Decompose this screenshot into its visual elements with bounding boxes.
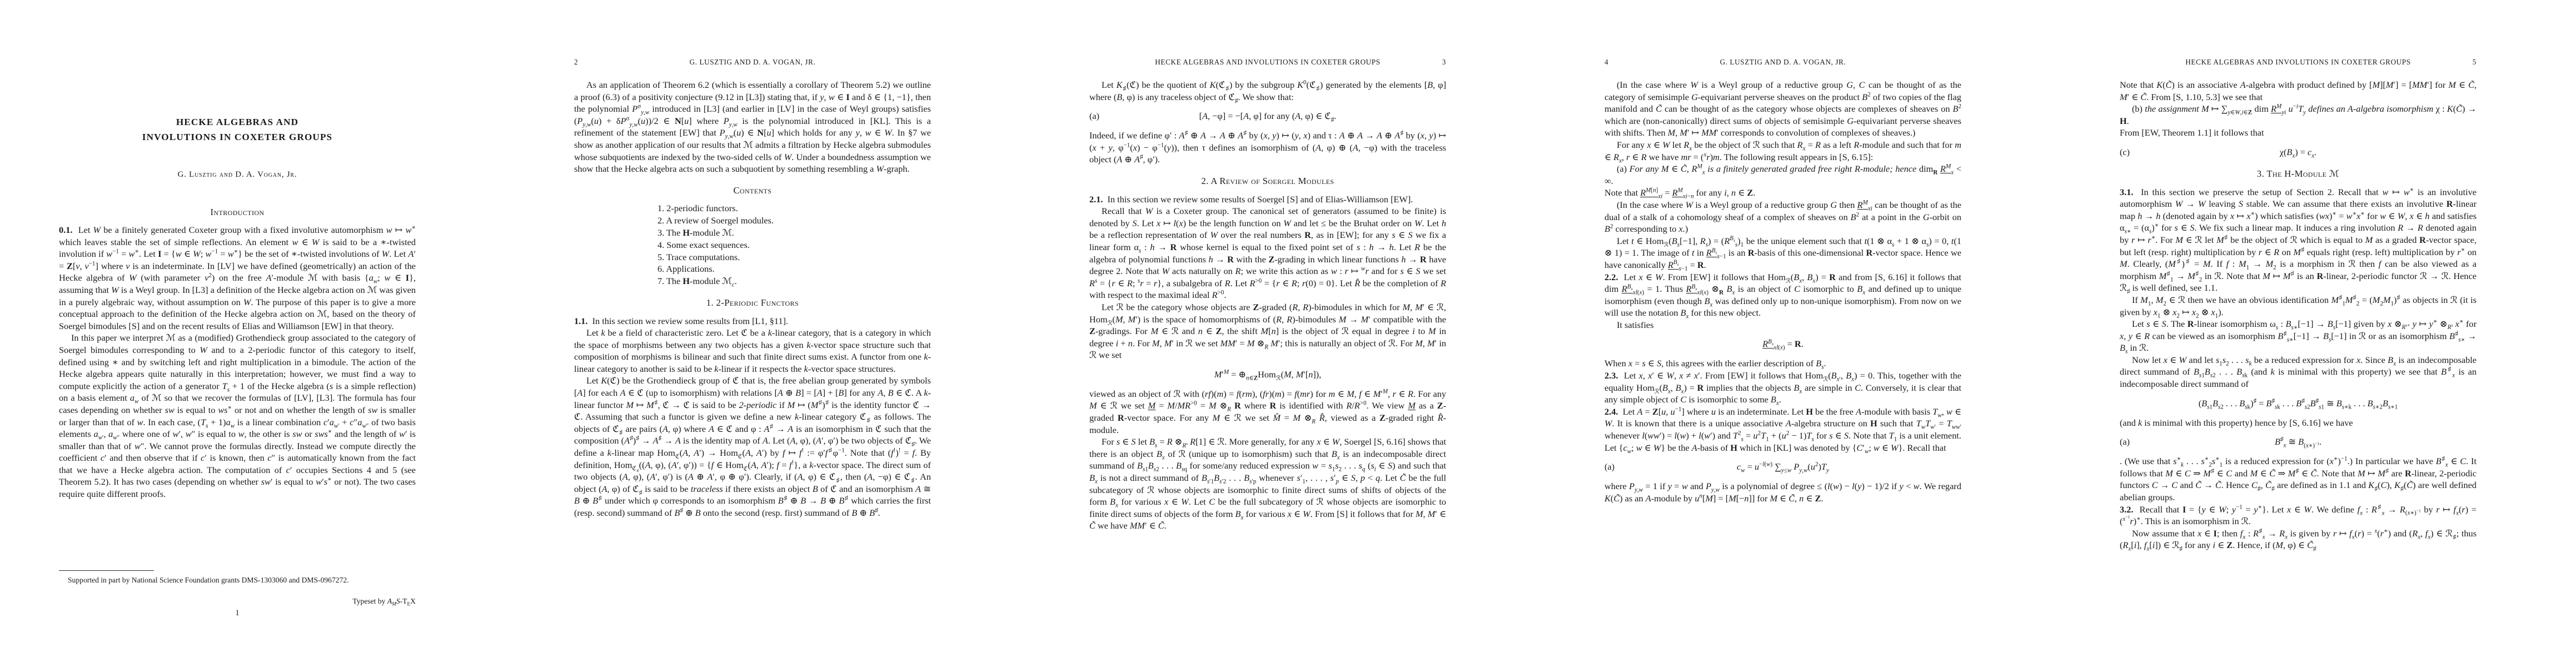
paragraph: If M1, M2 ∈ ℛ then we have an obvious id… bbox=[2120, 294, 2477, 318]
paragraph: viewed as an object of ℛ with (rf)(m) = … bbox=[1089, 388, 1446, 436]
display-equation: (a) B♯x ≅ B(x∗)−1. bbox=[2120, 436, 2477, 448]
paragraph: Note that RM[n]xi = RMxi−n for any i, n … bbox=[1605, 187, 1961, 199]
paragraph-1-1: 1.1. In this section we review some resu… bbox=[574, 315, 931, 327]
paragraph: As an application of Theorem 6.2 (which … bbox=[574, 79, 931, 175]
section-heading-introduction: Introduction bbox=[59, 207, 416, 218]
contents-heading: Contents bbox=[574, 185, 931, 197]
section-heading-3: 3. The H-Module ℳ bbox=[2120, 168, 2477, 180]
contents-item: 3. The H-module ℳ. bbox=[657, 227, 931, 239]
paragraph: (In the case where W is a Weyl group of … bbox=[1605, 199, 1961, 235]
display-equation: RBxxl(x) = R. bbox=[1605, 338, 1961, 350]
paragraph: where Py,w = 1 if y = w and Py,w is a po… bbox=[1605, 480, 1961, 504]
contents-item: 1. 2-periodic functors. bbox=[657, 202, 931, 215]
display-equation: (Bs1Bs2 . . . Bsk)♯ = B♯sk . . . B♯s2B♯s… bbox=[2120, 397, 2477, 410]
authors: G. Lusztig and D. A. Vogan, Jr. bbox=[59, 170, 416, 180]
section-heading-2: 2. A Review of Soergel Modules bbox=[1089, 175, 1446, 187]
page-number: 1 bbox=[59, 609, 416, 618]
equation-label: (a) bbox=[1089, 110, 1099, 122]
equation-body: (Bs1Bs2 . . . Bsk)♯ = B♯sk . . . B♯s2B♯s… bbox=[2199, 398, 2398, 409]
contents-item: 6. Applications. bbox=[657, 263, 931, 275]
running-head: 2 G. LUSZTIG AND D. A. VOGAN, JR. bbox=[574, 58, 931, 67]
page-number: 4 bbox=[1605, 58, 1630, 67]
section-heading-1: 1. 2-Periodic Functors bbox=[574, 297, 931, 309]
running-title: HECKE ALGEBRAS AND INVOLUTIONS IN COXETE… bbox=[1115, 58, 1421, 67]
paragraph: (In the case where W is a Weyl group of … bbox=[1605, 79, 1961, 139]
pa​ragraph: Note that K(C̃) is an associative A-alge… bbox=[2120, 79, 2477, 103]
paragraph: It satisfies bbox=[1605, 319, 1961, 331]
paragraph: Let t ∈ Homℛ(Bs[−1], Rs) = (RBss)1 be th… bbox=[1605, 235, 1961, 271]
paper-scan: arXiv:1312.3237v3 [math.RT] 28 May 2014 … bbox=[0, 0, 2576, 667]
paragraph: In this paper we interpret ℳ as a (modif… bbox=[59, 332, 416, 500]
paragraph-2-3: 2.3. Let x, x′ ∈ W, x ≠ x′. From [EW] it… bbox=[1605, 370, 1961, 406]
paragraph: Let k be a field of characteristic zero.… bbox=[574, 327, 931, 375]
page-1-content: HECKE ALGEBRAS AND INVOLUTIONS IN COXETE… bbox=[59, 0, 416, 500]
display-equation: (a) cw = u−l(w) ∑y≤w Py,w(u2)Ty bbox=[1605, 461, 1961, 473]
page-4: 4 G. LUSZTIG AND D. A. VOGAN, JR. (In th… bbox=[1546, 0, 2061, 667]
paragraph: For s ∈ S let Bs = R ⊗Rs R[1] ∈ ℛ. More … bbox=[1089, 436, 1446, 532]
typeset-credit: Typeset by AMS-TEX bbox=[59, 597, 416, 606]
equation-body: [A, −φ] = −[A, φ] for any (A, φ) ∈ ℭ♯. bbox=[1199, 111, 1337, 121]
page-3-content: Let K♯(ℭ) be the quotient of K(ℭ♯) by th… bbox=[1089, 79, 1446, 532]
equation-body: cw = u−l(w) ∑y≤w Py,w(u2)Ty bbox=[1737, 461, 1829, 472]
equation-body: M′M = ⊕n∈ZHomℛ(M, M′[n]), bbox=[1214, 369, 1322, 380]
paragraph: Now let x ∈ W and let s1s2 . . . sk be a… bbox=[2120, 354, 2477, 390]
page-2: 2 G. LUSZTIG AND D. A. VOGAN, JR. As an … bbox=[515, 0, 1030, 667]
paragraph-2-4: 2.4. Let A = Z[u, u−1] where u is an ind… bbox=[1605, 406, 1961, 454]
display-equation: (c) χ(Bx) = cx. bbox=[2120, 146, 2477, 158]
paper-title-line-1: HECKE ALGEBRAS AND bbox=[59, 115, 416, 130]
paragraph: When x = s ∈ S, this agrees with the ear… bbox=[1605, 357, 1961, 370]
result-statement: (a) For any M ∈ C̃, RMx is a finitely ge… bbox=[1605, 163, 1961, 187]
equation-label: (c) bbox=[2120, 146, 2130, 158]
page-5-content: Note that K(C̃) is an associative A-alge… bbox=[2120, 79, 2477, 551]
contents-list: 1. 2-periodic functors. 2. A review of S… bbox=[657, 202, 931, 287]
paragraph-3-1: 3.1. In this section we preserve the set… bbox=[2120, 186, 2477, 294]
paragraph: For any x ∈ W let Rx be the object of ℛ … bbox=[1605, 139, 1961, 163]
paragraph: (and k is minimal with this property) he… bbox=[2120, 417, 2477, 429]
running-head: HECKE ALGEBRAS AND INVOLUTIONS IN COXETE… bbox=[2120, 58, 2477, 67]
equation-label: (a) bbox=[1605, 461, 1615, 473]
page-number: 2 bbox=[574, 58, 600, 67]
running-head: 4 G. LUSZTIG AND D. A. VOGAN, JR. bbox=[1605, 58, 1961, 67]
running-authors: G. LUSZTIG AND D. A. VOGAN, JR. bbox=[600, 58, 905, 67]
page-2-content: As an application of Theorem 6.2 (which … bbox=[574, 79, 931, 519]
page-3: HECKE ALGEBRAS AND INVOLUTIONS IN COXETE… bbox=[1030, 0, 1546, 667]
page-4-content: (In the case where W is a Weyl group of … bbox=[1605, 79, 1961, 504]
paragraph-2-2: 2.2. Let x ∈ W. From [EW] it follows tha… bbox=[1605, 271, 1961, 319]
paragraph: Let K♯(ℭ) be the quotient of K(ℭ♯) by th… bbox=[1089, 79, 1446, 103]
running-title: HECKE ALGEBRAS AND INVOLUTIONS IN COXETE… bbox=[2145, 58, 2451, 67]
footnote-text: Supported in part by National Science Fo… bbox=[59, 575, 416, 585]
display-equation: M′M = ⊕n∈ZHomℛ(M, M′[n]), bbox=[1089, 369, 1446, 381]
page-5: HECKE ALGEBRAS AND INVOLUTIONS IN COXETE… bbox=[2061, 0, 2576, 667]
equation-body: χ(Bx) = cx. bbox=[2280, 147, 2317, 157]
paragraph: Now assume that x ∈ I; then fx : R♯x → R… bbox=[2120, 527, 2477, 551]
page-number: 5 bbox=[2451, 58, 2477, 67]
paragraph: Recall that W is a Coxeter group. The ca… bbox=[1089, 205, 1446, 301]
paper-title-line-2: INVOLUTIONS IN COXETER GROUPS bbox=[59, 130, 416, 145]
paragraph: Indeed, if we define φ′ : A♯ ⊕ A → A ⊕ A… bbox=[1089, 130, 1446, 166]
page-1: HECKE ALGEBRAS AND INVOLUTIONS IN COXETE… bbox=[0, 0, 515, 667]
equation-body: RBxxl(x) = R. bbox=[1762, 339, 1803, 349]
display-equation: (a) [A, −φ] = −[A, φ] for any (A, φ) ∈ ℭ… bbox=[1089, 110, 1446, 122]
contents-item: 5. Trace computations. bbox=[657, 251, 931, 263]
equation-body: B♯x ≅ B(x∗)−1. bbox=[2275, 436, 2321, 447]
paragraph: Let K(ℭ) be the Grothendieck group of ℭ … bbox=[574, 375, 931, 519]
paragraph: Let ℛ be the category whose objects are … bbox=[1089, 301, 1446, 361]
contents-item: 7. The H-module ℳc. bbox=[657, 275, 931, 287]
contents-item: 4. Some exact sequences. bbox=[657, 239, 931, 251]
footnote-rule bbox=[59, 570, 154, 571]
running-authors: G. LUSZTIG AND D. A. VOGAN, JR. bbox=[1630, 58, 1936, 67]
paragraph: Let s ∈ S. The R-linear isomorphism ωs :… bbox=[2120, 318, 2477, 354]
paragraph: . (We use that s∗k . . . s∗2s∗1 is a red… bbox=[2120, 455, 2477, 503]
paragraph-3-2: 3.2. Recall that I = {y ∈ W; y−1 = y∗}. … bbox=[2120, 504, 2477, 527]
footnote-block: Supported in part by National Science Fo… bbox=[59, 570, 416, 585]
contents-item: 2. A review of Soergel modules. bbox=[657, 215, 931, 227]
page-number: 3 bbox=[1421, 58, 1446, 67]
paragraph: From [EW, Theorem 1.1] it follows that bbox=[2120, 127, 2477, 139]
equation-label: (a) bbox=[2120, 436, 2130, 448]
paragraph-0-1: 0.1. Let W be a finitely generated Coxet… bbox=[59, 224, 416, 332]
paragraph-2-1: 2.1. In this section we review some resu… bbox=[1089, 193, 1446, 206]
running-head: HECKE ALGEBRAS AND INVOLUTIONS IN COXETE… bbox=[1089, 58, 1446, 67]
result-statement: (b) the assignment M ↦ ∑y∈W,i∈Z dim RMyi… bbox=[2120, 103, 2477, 127]
